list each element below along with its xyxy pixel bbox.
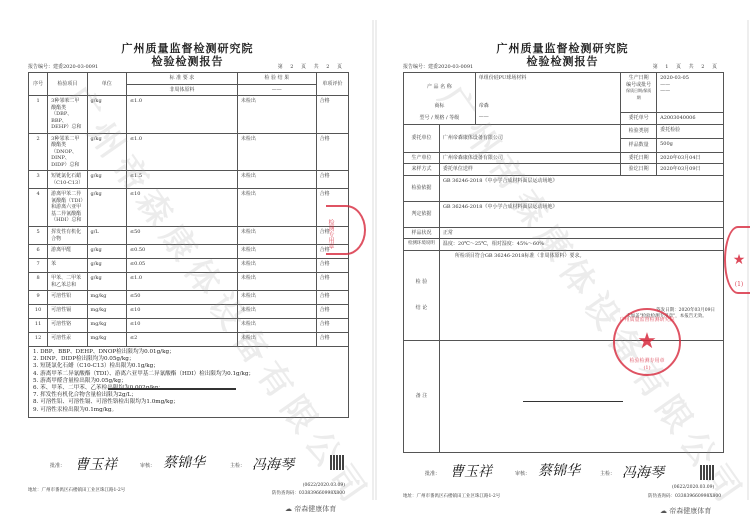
col-result: 检 验 结 果 <box>237 73 316 85</box>
col-seq: 序号 <box>29 73 48 96</box>
qr-code-icon <box>330 455 345 470</box>
page-edge <box>375 20 377 500</box>
cell-standard: ≤1.0 <box>126 96 237 134</box>
cell-seq: 7 <box>29 259 48 273</box>
address: 地址：广州市番禺区石楼镇田工业区珠江路1-2号 <box>28 487 125 493</box>
cell-unit: g/L <box>87 227 126 245</box>
cell-seq: 5 <box>29 227 48 245</box>
prod-date: 2020-03-05———— <box>657 73 724 102</box>
wechat-icon: ☁ <box>660 507 669 515</box>
page-info: 第 1 页 共 2 页 <box>653 63 720 70</box>
test-type-label: 检验类别 <box>621 124 657 138</box>
entrust-date-label: 委托日期 <box>621 152 657 164</box>
cell-verdict: 合格 <box>316 273 348 291</box>
cell-seq: 2 <box>29 133 48 171</box>
order-no-label: 委托单号 <box>621 112 657 124</box>
cell-result: 未检出 <box>237 259 316 273</box>
col-result-sub: —— <box>237 84 316 96</box>
cell-seq: 12 <box>29 333 48 347</box>
cell-result: 未检出 <box>237 245 316 259</box>
cell-verdict: 合格 <box>316 96 348 134</box>
conclusion-label: 检 验结 论 <box>404 250 440 340</box>
cell-unit: g/kg <box>87 259 126 273</box>
page-info: 第 2 页 共 2 页 <box>278 63 345 70</box>
cell-verdict: 合格 <box>316 171 348 189</box>
basis-label: 检验依据 <box>404 175 440 201</box>
wechat-icon: ☁ <box>285 505 294 513</box>
report-code: (0622/2020.03.09) <box>303 483 345 488</box>
cell-unit: mg/kg <box>87 319 126 333</box>
end-rule <box>523 401 623 402</box>
spacer <box>657 101 724 112</box>
col-verdict: 单项评价 <box>316 73 348 96</box>
cell-item: 游离甲醛 <box>48 245 87 259</box>
cell-result: 未检出 <box>237 189 316 227</box>
cell-item: 游离甲苯二异氰酸酯（TDI）和游离六亚甲基二异氰酸酯（HDI）总和 <box>48 189 87 227</box>
sample-qty-label: 样品数量 <box>621 138 657 152</box>
inspect-signature: 冯海琴 <box>622 462 664 482</box>
completion-date: 2020年03月09日 <box>657 164 724 176</box>
table-row: 23种邻苯二甲酸酯类（DNOP、DINP、DIDP）总和g/kg≤1.0未检出合… <box>29 133 349 171</box>
review-label: 审核： <box>140 462 155 469</box>
approve-label: 批准： <box>50 462 65 469</box>
cell-result: 未检出 <box>237 133 316 171</box>
review-signature: 蔡锦华 <box>538 460 580 480</box>
page-edge <box>372 20 374 500</box>
remarks-label: 备 注 <box>404 340 440 452</box>
approve-label: 批准： <box>425 470 440 477</box>
cell-item: 可溶性汞 <box>48 333 87 347</box>
cell-result: 未检出 <box>237 171 316 189</box>
client-label: 委托单位 <box>404 124 440 152</box>
cell-seq: 11 <box>29 319 48 333</box>
cell-seq: 6 <box>29 245 48 259</box>
institute-title: 广州质量监督检测研究院 <box>375 42 750 55</box>
table-row: 12可溶性汞mg/kg≤2未检出合格 <box>29 333 349 347</box>
edge-seal-stamp: 检测专用章 <box>326 205 366 255</box>
cell-verdict: 合格 <box>316 333 348 347</box>
cell-item: 甲苯、二甲苯和乙苯总和 <box>48 273 87 291</box>
approve-signature: 曹玉祥 <box>450 461 492 481</box>
report-number: 报告编号：建委2020-03-0091 <box>28 63 98 70</box>
report-page-2: 广州质量监督检测研究院 检验检测报告 报告编号：建委2020-03-0091 第… <box>0 0 375 530</box>
product-name: 单组份硅PU球场材料 <box>475 73 620 102</box>
review-label: 审核： <box>515 470 530 477</box>
cell-seq: 8 <box>29 273 48 291</box>
cell-item: 短链氯化石蜡（C10-C13） <box>48 171 87 189</box>
col-standard-sub: 非周体原料 <box>126 84 237 96</box>
cell-unit: mg/kg <box>87 291 126 305</box>
col-standard: 标 准 要 求 <box>126 73 237 85</box>
cell-seq: 1 <box>29 96 48 134</box>
table-row: 10可溶性镉mg/kg≤10未检出合格 <box>29 305 349 319</box>
report-number: 报告编号：建委2020-03-0091 <box>403 63 473 70</box>
anti-fake-code: 防伪查询码：033839660998X800 <box>272 490 345 496</box>
approve-signature: 曹玉祥 <box>75 454 117 474</box>
anti-fake-code: 防伪查询码：033839660998X800 <box>648 493 721 499</box>
table-row: 3短链氯化石蜡（C10-C13）g/kg≤1.5未检出合格 <box>29 171 349 189</box>
test-type: 委托检验 <box>657 124 724 138</box>
cell-seq: 10 <box>29 305 48 319</box>
cell-verdict: 合格 <box>316 305 348 319</box>
brand: 帝森 <box>475 101 620 112</box>
cell-result: 未检出 <box>237 227 316 245</box>
order-no: A2003040006 <box>657 112 724 124</box>
env-label: 检测环境说明 <box>404 239 440 251</box>
report-code: (0622/2020.03.09) <box>672 485 714 490</box>
star-icon: ★ <box>733 253 746 267</box>
sample-state-label: 样品状况 <box>404 227 440 239</box>
review-signature: 蔡锦华 <box>163 452 205 472</box>
cell-verdict: 合格 <box>316 291 348 305</box>
cell-result: 未检出 <box>237 96 316 134</box>
cell-seq: 3 <box>29 171 48 189</box>
cell-verdict: 合格 <box>316 319 348 333</box>
official-seal-stamp: 广州质量监督检测研究院 ★ 检验检测专用章 (1) <box>613 308 681 376</box>
cell-result: 未检出 <box>237 273 316 291</box>
cell-item: 可溶性铅 <box>48 291 87 305</box>
cell-seq: 4 <box>29 189 48 227</box>
inspect-label: 主检： <box>230 462 245 469</box>
institute-title: 广州质量监督检测研究院 <box>0 42 375 55</box>
sample-qty: 500g <box>657 138 724 152</box>
wechat-watermark: ☁ 帝森健康体育 <box>660 506 711 516</box>
edge-seal-stamp: ★ (1) <box>724 226 750 294</box>
entrust-date: 2020年03月04日 <box>657 152 724 164</box>
table-row: 11可溶性铬mg/kg≤10未检出合格 <box>29 319 349 333</box>
star-icon: ★ <box>637 331 657 353</box>
inspect-signature: 冯海琴 <box>252 454 294 474</box>
cell-item: 可溶性镉 <box>48 305 87 319</box>
cell-unit: g/kg <box>87 245 126 259</box>
judgement: GB 36246-2018《中小学合成材料面层运动场地》 <box>439 201 723 227</box>
cell-verdict: 合格 <box>316 259 348 273</box>
cell-item: 可溶性铬 <box>48 319 87 333</box>
cell-verdict: 合格 <box>316 133 348 171</box>
wechat-watermark: ☁ 帝森健康体育 <box>285 504 336 514</box>
cell-unit: mg/kg <box>87 305 126 319</box>
producer-label: 生产单位 <box>404 152 440 164</box>
qr-code-icon <box>700 465 715 480</box>
cell-unit: g/kg <box>87 273 126 291</box>
judgement-label: 判定依据 <box>404 201 440 227</box>
cell-unit: mg/kg <box>87 333 126 347</box>
completion-date-label: 验讫日期 <box>621 164 657 176</box>
cell-item: 苯 <box>48 259 87 273</box>
cell-item: 挥发性有机化合物 <box>48 227 87 245</box>
spacer <box>621 101 657 112</box>
cell-seq: 9 <box>29 291 48 305</box>
inspect-label: 主检： <box>600 470 615 477</box>
address: 地址：广州市番禺区石楼镇田工业区珠江路1-2号 <box>403 493 500 499</box>
end-rule <box>108 388 236 390</box>
sampling-label: 来样方式 <box>404 164 440 176</box>
prod-date-label: 生产日期编号或批号保质日期/保质期 <box>621 73 657 102</box>
